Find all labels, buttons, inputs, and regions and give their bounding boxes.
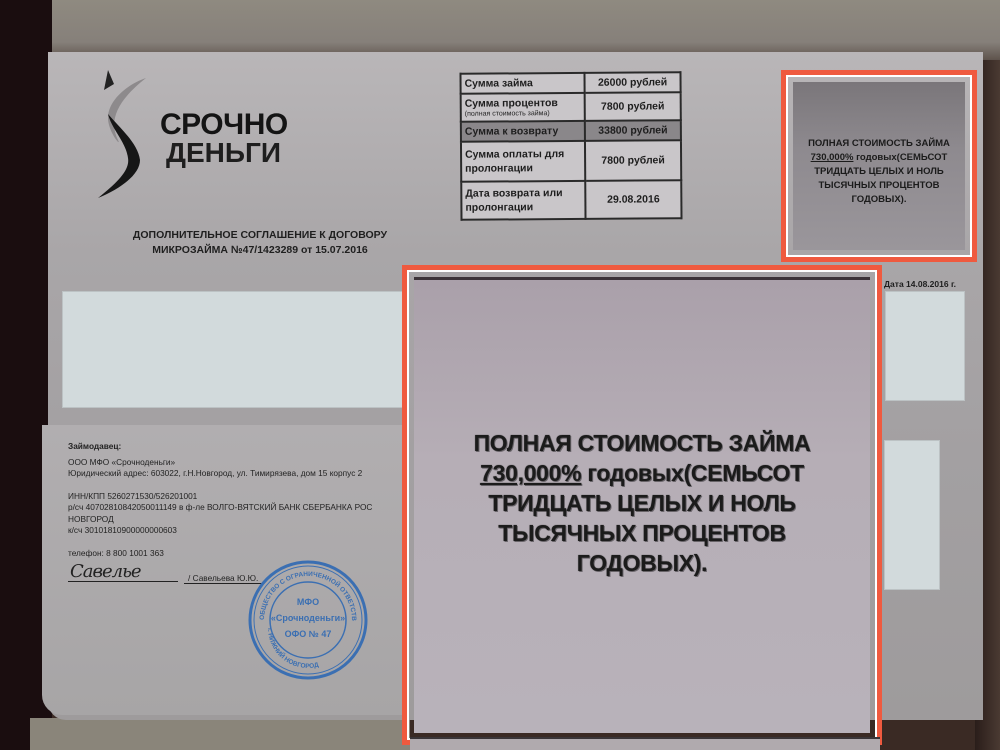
company-logo: СРОЧНО ДЕНЬГИ <box>78 70 298 200</box>
table-row: Сумма займа 26000 рублей <box>460 72 680 94</box>
company-stamp: ОБЩЕСТВО С ОГРАНИЧЕННОЙ ОТВЕТСТВЕННОСТЬЮ… <box>246 558 370 682</box>
stamp-center-text: МФО «Срочноденьги» ОФО № 47 <box>246 594 370 642</box>
background-table-surface <box>52 0 1000 60</box>
document-date: Дата 14.08.2016 г. <box>884 279 956 289</box>
table-cell-label: Сумма займа <box>460 73 584 94</box>
callout-annual-rate-small: ПОЛНАЯ СТОИМОСТЬ ЗАЙМА 730,000% годовых(… <box>781 70 977 262</box>
redacted-block-top-right <box>885 291 965 401</box>
table-cell-label: Дата возврата или пролонгации <box>461 181 585 220</box>
handwritten-signature: Савелье <box>70 561 141 582</box>
background-bottom-surface <box>30 718 410 750</box>
callout-inner: ПОЛНАЯ СТОИМОСТЬ ЗАЙМА 730,000% годовых(… <box>414 277 870 733</box>
redacted-block-borrower <box>62 291 407 408</box>
lender-account: р/сч 40702810842050011149 в ф-ле ВОЛГО-В… <box>68 502 408 514</box>
table-row: Дата возврата или пролонгации 29.08.2016 <box>461 180 681 220</box>
lender-city: НОВГОРОД <box>68 514 408 526</box>
annual-rate-text: ПОЛНАЯ СТОИМОСТЬ ЗАЙМА 730,000% годовых(… <box>793 137 965 207</box>
callout-inner: ПОЛНАЯ СТОИМОСТЬ ЗАЙМА 730,000% годовых(… <box>793 82 965 250</box>
table-row: Сумма оплаты для пролонгации 7800 рублей <box>461 140 681 182</box>
lender-heading: Займодавец: <box>68 441 408 453</box>
table-cell-label: Сумма к возврату <box>461 121 585 142</box>
stamp-line1: МФО <box>246 594 370 610</box>
callout-bottom-strip <box>410 737 880 750</box>
table-cell-value: 7800 рублей <box>585 92 681 121</box>
lender-inn-kpp: ИНН/КПП 5260271530/526201001 <box>68 491 408 503</box>
table-cell-value: 26000 рублей <box>584 72 680 93</box>
table-row-highlighted: Сумма к возврату 33800 рублей <box>461 120 681 142</box>
stamp-line3: ОФО № 47 <box>246 626 370 642</box>
table-cell-value: 29.08.2016 <box>585 180 681 219</box>
lender-address: Юридический адрес: 603022, г.Н.Новгород,… <box>68 468 408 480</box>
agreement-title: ДОПОЛНИТЕЛЬНОЕ СОГЛАШЕНИЕ К ДОГОВОРУ МИК… <box>110 228 410 258</box>
table-row: Сумма процентов(полная стоимость займа) … <box>461 92 681 122</box>
lender-corr-account: к/сч 30101810900000000603 <box>68 525 408 537</box>
table-cell-value: 7800 рублей <box>585 140 681 181</box>
agreement-title-line2: МИКРОЗАЙМА №47/1423289 от 15.07.2016 <box>110 243 410 258</box>
lender-details: Займодавец: ООО МФО «Срочноденьги» Юриди… <box>68 441 408 559</box>
loan-summary-table: Сумма займа 26000 рублей Сумма процентов… <box>459 71 682 221</box>
redacted-block-right <box>884 440 940 590</box>
table-cell-label: Сумма оплаты для пролонгации <box>461 141 585 182</box>
stamp-line2: «Срочноденьги» <box>246 610 370 626</box>
agreement-title-line1: ДОПОЛНИТЕЛЬНОЕ СОГЛАШЕНИЕ К ДОГОВОРУ <box>110 228 410 243</box>
signature-line <box>68 581 178 582</box>
lender-company: ООО МФО «Срочноденьги» <box>68 457 408 469</box>
logo-text-bottom: ДЕНЬГИ <box>166 137 281 169</box>
table-cell-value: 33800 рублей <box>585 120 681 141</box>
callout-annual-rate-zoomed: ПОЛНАЯ СТОИМОСТЬ ЗАЙМА 730,000% годовых(… <box>402 265 882 745</box>
annual-rate-text-zoomed: ПОЛНАЯ СТОИМОСТЬ ЗАЙМА 730,000% годовых(… <box>414 428 870 578</box>
boomerang-icon <box>78 70 168 200</box>
table-cell-label: Сумма процентов(полная стоимость займа) <box>461 93 585 122</box>
